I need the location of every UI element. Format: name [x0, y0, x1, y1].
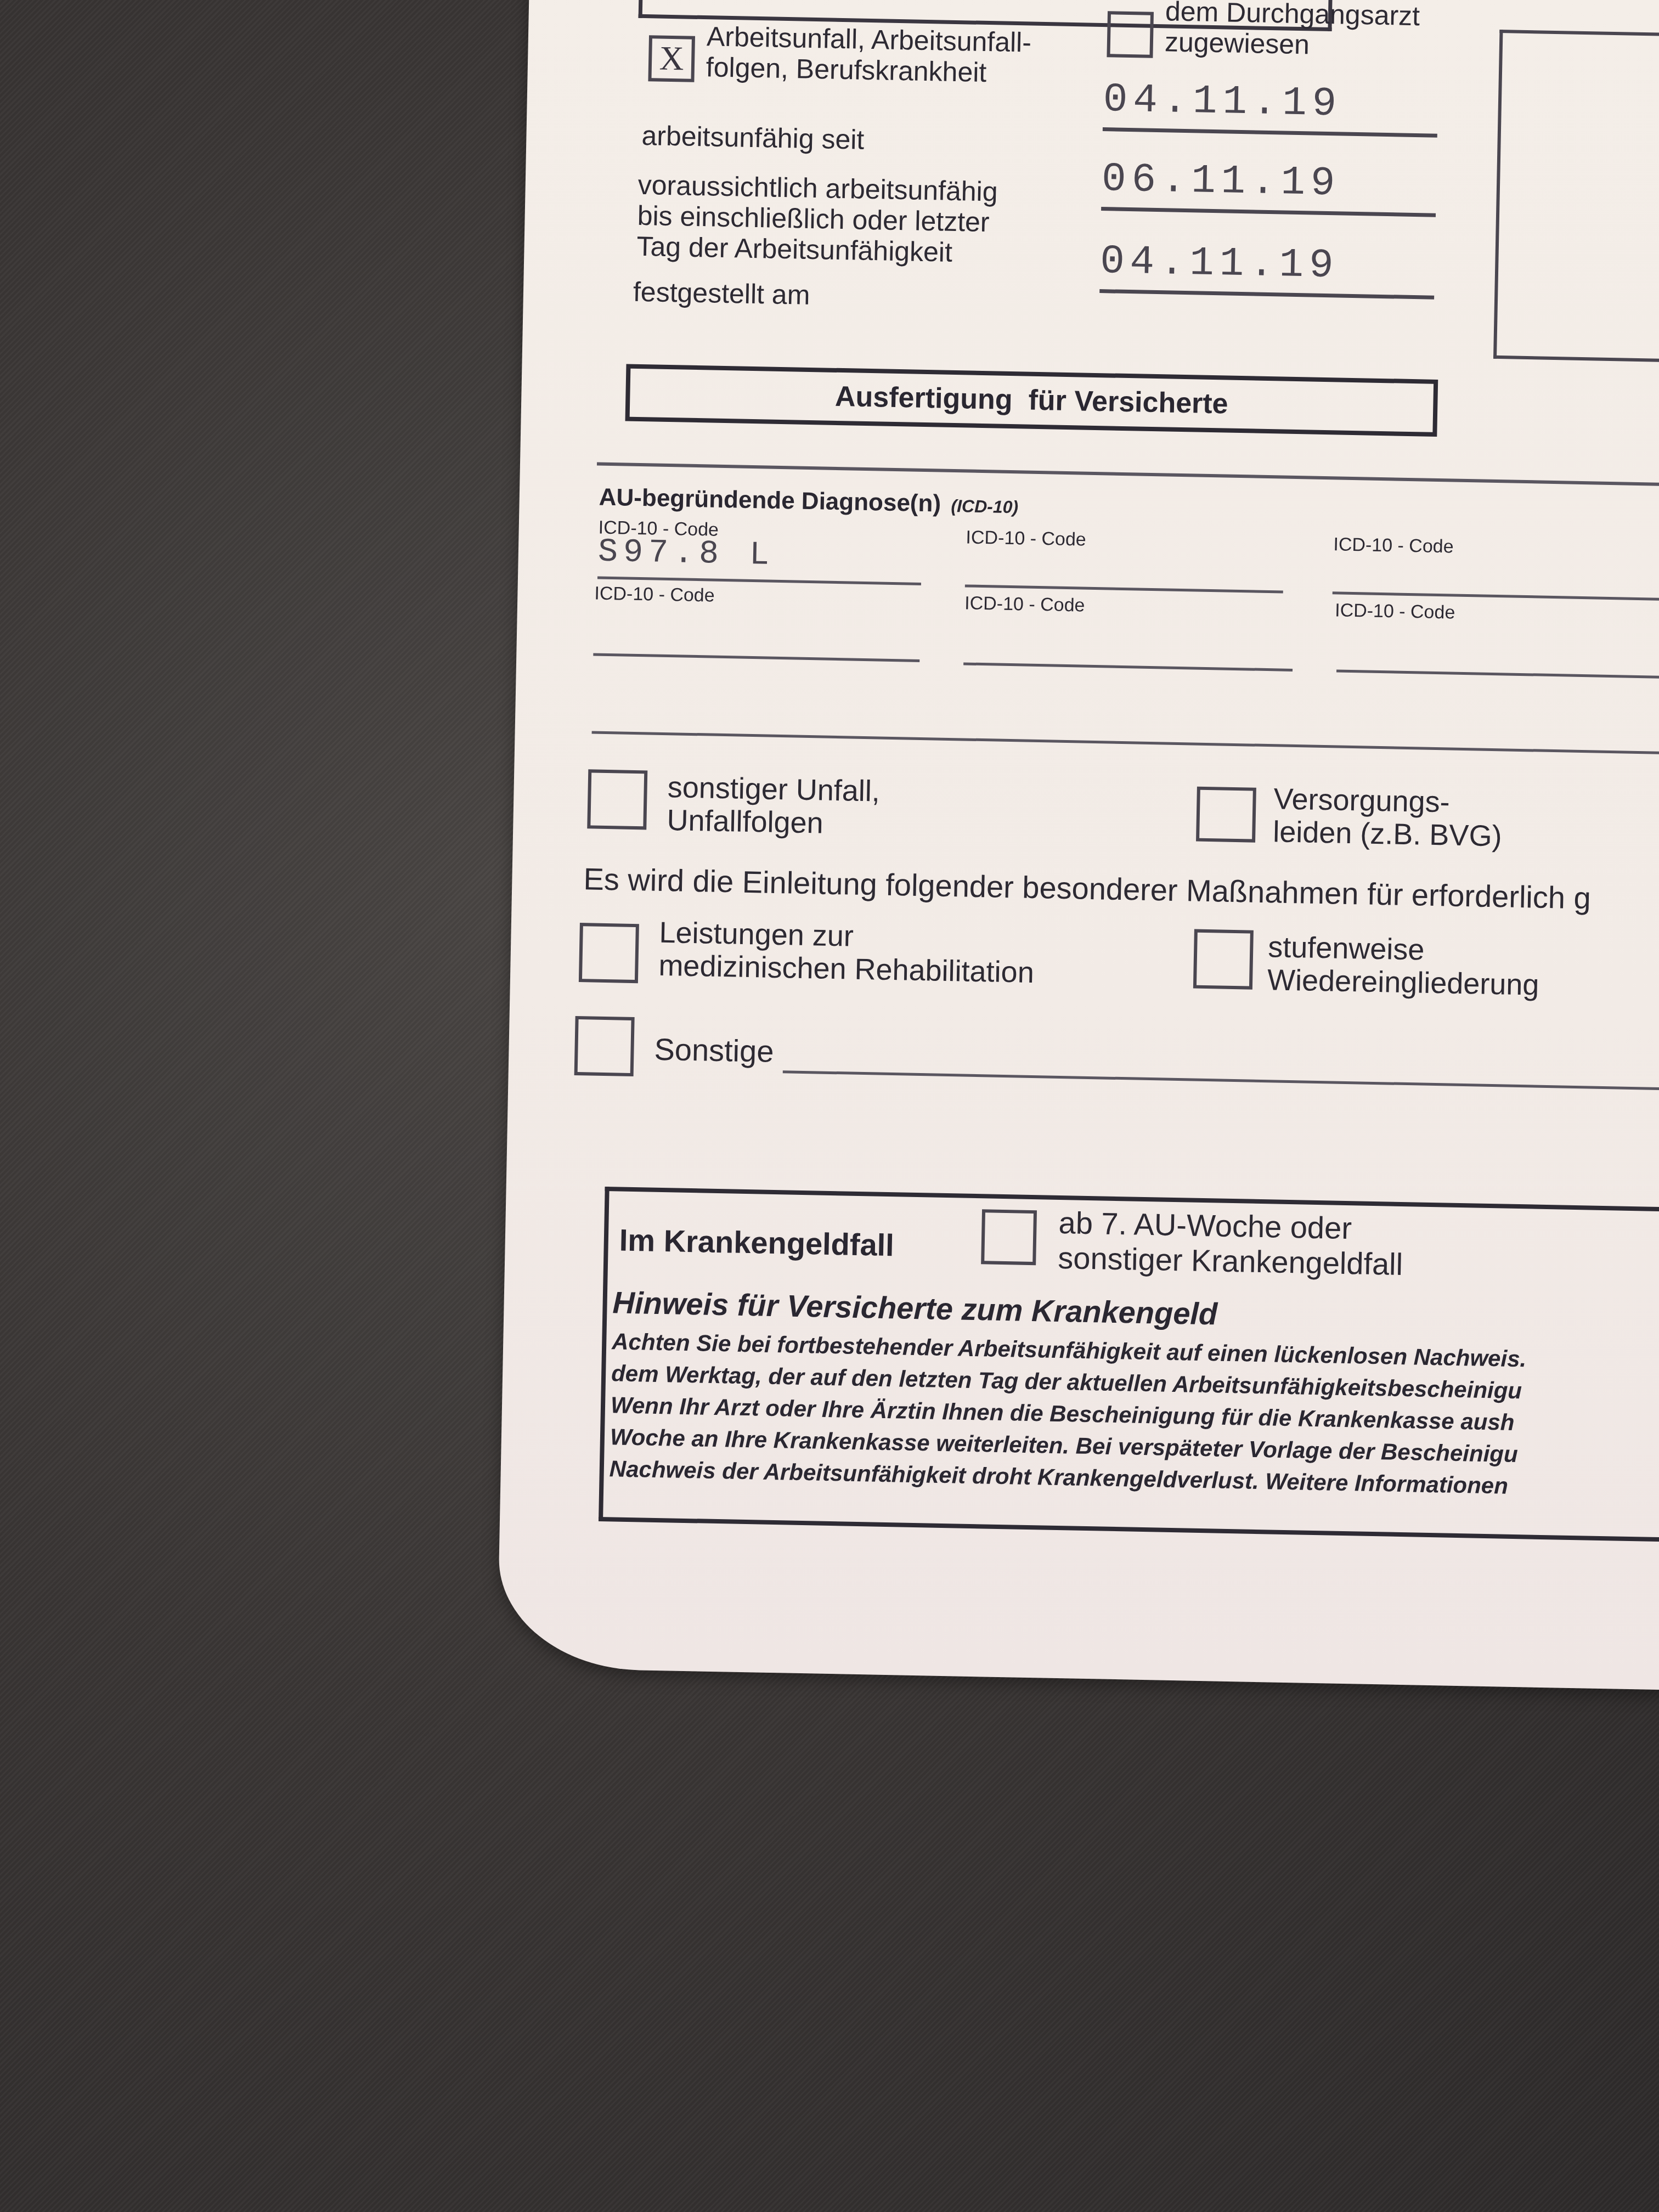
sick-pay-week7-label: ab 7. AU-Woche oder sonstiger Krankengel…: [1058, 1205, 1404, 1282]
determined-on-label: festgestellt am: [633, 276, 810, 311]
icd-label-3: ICD-10 - Code: [1333, 534, 1454, 557]
sick-pay-label: Im Krankengeldfall: [619, 1224, 894, 1262]
rehab-checkbox[interactable]: [579, 923, 639, 983]
other-accident-checkbox[interactable]: [587, 769, 647, 830]
copy-label: Ausfertigung für Versicherte: [835, 380, 1229, 421]
label-line: sonstiger Unfall,: [667, 771, 880, 808]
label-line: dem Durchgangsarzt: [1165, 0, 1420, 31]
label-line: leiden (z.B. BVG): [1273, 815, 1502, 853]
label-line: zugewiesen: [1164, 26, 1419, 62]
sick-note-form: X Arbeitsunfall, Arbeitsunfall- folgen, …: [497, 0, 1659, 1691]
work-accident-label: Arbeitsunfall, Arbeitsunfall- folgen, Be…: [706, 21, 1031, 88]
icd-label-5: ICD-10 - Code: [964, 592, 1085, 616]
notice-text: Achten Sie bei fortbestehender Arbeitsun…: [609, 1325, 1526, 1502]
label-line: stufenweise: [1268, 930, 1540, 968]
underline: [963, 662, 1293, 672]
icd-label-2: ICD-10 - Code: [966, 527, 1086, 550]
section-divider: [597, 462, 1659, 488]
diagnosis-title: AU-begründende Diagnose(n) (ICD-10): [599, 482, 1018, 522]
icd-label-4: ICD-10 - Code: [594, 583, 715, 606]
reintegration-checkbox[interactable]: [1193, 929, 1254, 990]
incapacity-since-label: arbeitsunfähig seit: [641, 120, 865, 155]
label-line: sonstiger Krankengeldfall: [1058, 1240, 1403, 1282]
rehab-label: Leistungen zur medizinischen Rehabilitat…: [658, 916, 1035, 989]
label-line: folgen, Berufskrankheit: [706, 52, 1031, 88]
pension-condition-checkbox[interactable]: [1196, 787, 1256, 843]
checkbox-mark: X: [659, 39, 684, 78]
underline: [593, 653, 919, 662]
incapacity-since-value[interactable]: 04.11.19: [1103, 77, 1342, 127]
diagnosis-heading: AU-begründende Diagnose(n): [599, 484, 941, 517]
determined-on-value[interactable]: 04.11.19: [1099, 239, 1339, 289]
photo-scene: X Arbeitsunfall, Arbeitsunfall- folgen, …: [0, 0, 1659, 2212]
underline: [1101, 207, 1436, 217]
pension-condition-label: Versorgungs- leiden (z.B. BVG): [1273, 782, 1503, 853]
notice-title: Hinweis für Versicherte zum Krankengeld: [612, 1284, 1218, 1331]
reintegration-label: stufenweise Wiedereingliederung: [1267, 930, 1541, 1001]
label-line: Tag der Arbeitsunfähigkeit: [636, 231, 997, 269]
other-measure-checkbox[interactable]: [574, 1016, 635, 1076]
underline: [1333, 591, 1659, 601]
other-measure-label: Sonstige: [654, 1034, 774, 1067]
underline: [1103, 127, 1437, 138]
icd-label-6: ICD-10 - Code: [1335, 600, 1455, 623]
durchgangsarzt-checkbox[interactable]: [1107, 11, 1154, 58]
copy-label-box: Ausfertigung für Versicherte: [625, 364, 1438, 437]
underline: [1099, 289, 1434, 300]
label-line: ab 7. AU-Woche oder: [1058, 1205, 1404, 1247]
label-line: medizinischen Rehabilitation: [658, 949, 1034, 989]
sick-pay-box: Im Krankengeldfall ab 7. AU-Woche oder s…: [599, 1187, 1659, 1543]
durchgangsarzt-label: dem Durchgangsarzt zugewiesen: [1164, 0, 1420, 62]
icd-code-1[interactable]: S97.8 L: [597, 534, 775, 574]
label-line: Wiedereingliederung: [1267, 963, 1539, 1001]
label-line: Versorgungs-: [1273, 782, 1503, 820]
section-divider: [592, 731, 1659, 755]
label-line: Unfallfolgen: [667, 804, 879, 840]
underline: [965, 584, 1283, 593]
underline: [1336, 669, 1659, 679]
measures-intro: Es wird die Einleitung folgender besonde…: [583, 864, 1591, 913]
doctor-stamp-box: Chir D FA Vertragsa: [1493, 30, 1659, 364]
diagnosis-heading-suffix: (ICD-10): [951, 496, 1018, 517]
sick-pay-week7-checkbox[interactable]: [981, 1209, 1037, 1265]
other-accident-label: sonstiger Unfall, Unfallfolgen: [667, 771, 880, 840]
incapacity-until-label: voraussichtlich arbeitsunfähig bis einsc…: [636, 170, 998, 269]
work-accident-checkbox[interactable]: X: [648, 35, 695, 82]
incapacity-until-value[interactable]: 06.11.19: [1101, 156, 1341, 207]
